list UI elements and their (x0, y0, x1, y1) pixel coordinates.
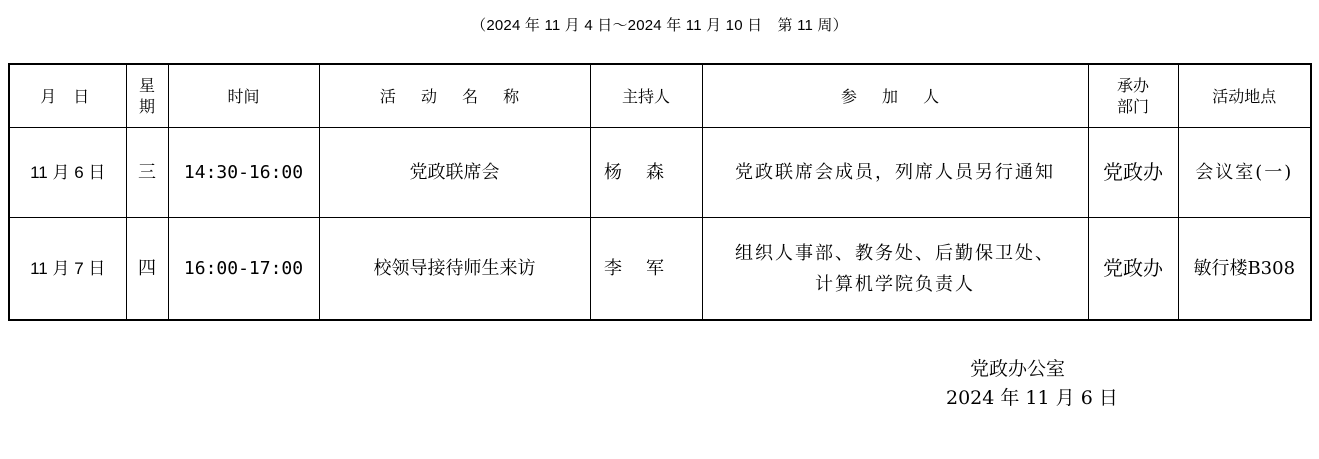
table-header-row: 月 日 星 期 时间 活 动 名 称 主持人 参 加 人 承办 部门 活动地点 (9, 64, 1311, 128)
week-range-caption: （2024 年 11 月 4 日～2024 年 11 月 10 日 第 11 周… (0, 14, 1319, 35)
column-header-host: 主持人 (590, 64, 702, 128)
cell-participants: 党政联席会成员，列席人员另行通知 (702, 128, 1088, 218)
column-header-location: 活动地点 (1178, 64, 1311, 128)
column-header-department: 承办 部门 (1088, 64, 1178, 128)
cell-time: 16:00-17:00 (168, 218, 319, 321)
cell-activity: 校领导接待师生来访 (319, 218, 590, 321)
activity-schedule-table: 月 日 星 期 时间 活 动 名 称 主持人 参 加 人 承办 部门 活动地点 … (8, 63, 1312, 321)
column-header-participants: 参 加 人 (702, 64, 1088, 128)
issue-date: 2024 年 11 月 6 日 (946, 383, 1118, 410)
cell-participants: 组织人事部、教务处、后勤保卫处、 计算机学院负责人 (702, 218, 1088, 321)
cell-department: 党政办 (1088, 218, 1178, 321)
cell-date: 11 月 7 日 (9, 218, 126, 321)
column-header-time: 时间 (168, 64, 319, 128)
cell-location: 会议室(一) (1178, 128, 1311, 218)
column-header-date: 月 日 (9, 64, 126, 128)
column-header-activity: 活 动 名 称 (319, 64, 590, 128)
cell-host: 杨森 (590, 128, 702, 218)
cell-location: 敏行楼B308 (1178, 218, 1311, 321)
cell-time: 14:30-16:00 (168, 128, 319, 218)
table-row: 11 月 7 日 四 16:00-17:00 校领导接待师生来访 李军 组织人事… (9, 218, 1311, 321)
cell-date: 11 月 6 日 (9, 128, 126, 218)
cell-activity: 党政联席会 (319, 128, 590, 218)
cell-department: 党政办 (1088, 128, 1178, 218)
cell-weekday: 三 (126, 128, 168, 218)
cell-weekday: 四 (126, 218, 168, 321)
cell-host: 李军 (590, 218, 702, 321)
column-header-weekday: 星 期 (126, 64, 168, 128)
issuing-office: 党政办公室 (970, 354, 1065, 381)
table-row: 11 月 6 日 三 14:30-16:00 党政联席会 杨森 党政联席会成员，… (9, 128, 1311, 218)
